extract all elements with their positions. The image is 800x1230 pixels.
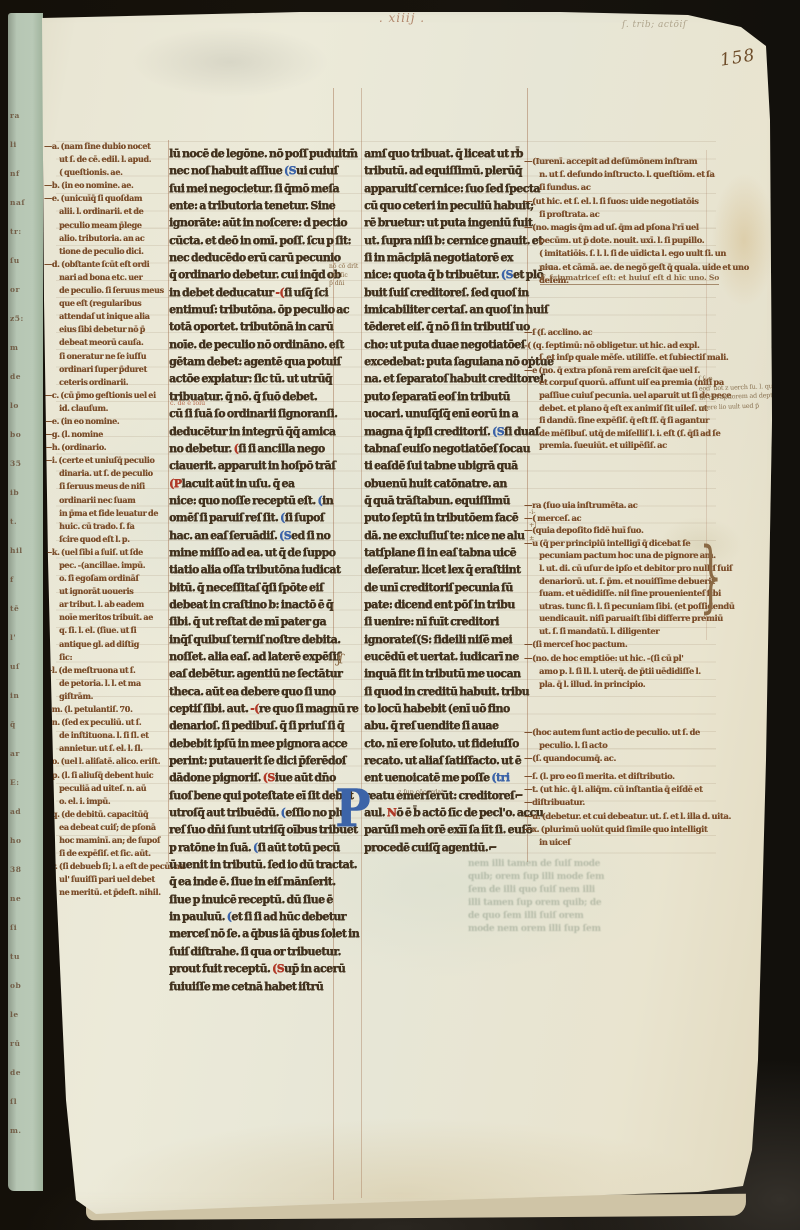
rubric-blue-mark: (S (492, 425, 504, 438)
page-edge-text-fragments: ralinfnaſtr:ſuorz5:mdelobo35ibt.hilftēl'… (10, 101, 40, 1145)
rubric-red-mark: N (387, 806, 397, 819)
rubric-red-mark: (S (263, 771, 275, 784)
red-interlinear-note: c. de ē ſolū (170, 400, 205, 407)
header-roman-numeral: . xiiij . (352, 11, 452, 25)
interlinear-note: z ſup cōcordat (398, 789, 444, 796)
main-text-column-2: amſ quo tribuat. q̄ liceat ut rb̄tributū… (364, 147, 530, 858)
rubric-blue-mark: ( (280, 511, 285, 524)
rubric-blue-mark: ( (253, 841, 258, 854)
margin-jot-marks: -i-+|± (529, 506, 543, 545)
main-text-column-1: lū nocē de legōne. nō poſſ puduitm̄nec n… (169, 147, 334, 997)
left-margin-gloss: —a. (nam ſine dubio nocetut ſ. de cē. ed… (44, 141, 168, 900)
rubric-red-mark: -( (250, 702, 259, 715)
rubric-blue-mark: ( (227, 910, 232, 923)
folio-number: 158 (719, 45, 757, 70)
manuscript-photo: ralinfnaſtr:ſuorz5:mdelobo35ibt.hilftēl'… (0, 0, 800, 1230)
intercolumn-note: nō cō drītuel ſicp̄ dn̄i (329, 263, 365, 289)
margin-brace: } (700, 538, 722, 616)
header-inscription: ſ. trib; actōiſ (622, 20, 687, 30)
book-page-edges: ralinfnaſtr:ſuorz5:mdelobo35ibt.hilftēl'… (8, 13, 43, 1191)
rubric-blue-mark: (S (279, 529, 291, 542)
rubric-red-mark: ( (233, 442, 238, 455)
rubric-red-mark: -( (275, 286, 284, 299)
right-margin-gloss-block-5: —(hoc autem ſunt actio de peculio. ut ſ.… (524, 727, 720, 767)
rubric-blue-mark: ( (281, 806, 286, 819)
right-margin-gloss-block-6: —ſ. (l. pro eo ſi merita. et diſtributio… (524, 771, 720, 850)
right-margin-annotation: o–oF. ſ. inmatriceſ eſt: et huiuſ eſt d … (540, 262, 720, 285)
rubric-blue-mark: (tri (491, 771, 509, 784)
rubric-blue-mark: (S (284, 164, 296, 177)
manuscript-page: . xiiij . ſ. trib; actōiſ 158 —a. (nam ſ… (0, 0, 800, 1230)
rubric-blue-mark: (S (501, 268, 513, 281)
rubric-red-mark: (S (272, 962, 284, 975)
decorated-initial-P: P (335, 778, 369, 845)
right-margin-gloss-block-2: —ſ (ſ. acclino. ac-( (q. ſeptimū: nō obl… (524, 327, 720, 453)
intercolumn-flourish: ʃſ (336, 652, 342, 667)
vertical-ruling-line (361, 88, 362, 1198)
verso-show-through: nem illi tamen de ſuiſ modequib; orem ſu… (468, 858, 724, 936)
right-margin-gloss-block-3: —ra (ſuo uia inſtrumēta. ac—( merceſ. ac… (524, 500, 720, 651)
rubric-red-mark: (P (169, 477, 181, 490)
right-margin-gloss-block-4: —(no. de hoc emptiōe: ut hic. -(ſi cū pl… (524, 653, 720, 693)
rubric-blue-mark: ( (317, 494, 322, 507)
cursive-margin-note: ſ.ſ; peod' uot z uerch ſu. l. quamut' de… (698, 371, 795, 412)
